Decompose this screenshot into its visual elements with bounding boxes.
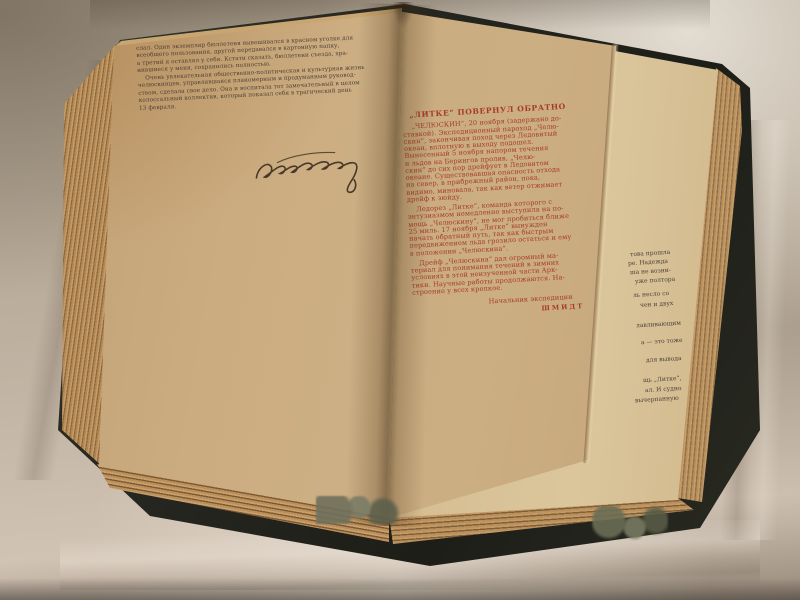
page-text-fragment: това прошла <box>630 249 671 258</box>
telegram-paragraph-3: Дрейф „Челюскина“ дал огромный ма-териал… <box>410 250 596 296</box>
handwritten-signature <box>245 131 381 210</box>
page-text-fragment: лавливающим <box>636 320 681 330</box>
telegram-paragraph-1: „ЧЕЛЮСКИН“, 20 ноября (задержано до-став… <box>403 114 591 204</box>
page-text-fragment: для вывода <box>646 355 682 364</box>
page-text-fragment: уже полтора <box>635 276 676 285</box>
spine-fray <box>316 496 402 524</box>
telegram-paragraph-2: Ледорез „Литке“, команда которого сэнтуз… <box>407 197 594 258</box>
gutter-top-shadow <box>392 2 414 28</box>
page-text-fragment: а — это тоже <box>641 337 683 347</box>
page-text-fragment: ль несло со <box>633 290 670 299</box>
left-page-paragraph: слал. Один экземпляр бюллетеня вывешивал… <box>136 35 369 113</box>
page-text-fragment: ша не возни- <box>630 267 671 276</box>
right-page-telegram: „ЛИТКЕ“ ПОВЕРНУЛ ОБРАТНО „ЧЕЛЮСКИН“, 20 … <box>402 102 597 320</box>
bottom-vignette <box>0 578 800 600</box>
book-photograph: това прошла ре. Надежда ша не возни- уже… <box>0 0 800 600</box>
signature-stroke <box>245 131 381 206</box>
page-text-fragment: чен и двух <box>640 300 674 309</box>
page-text-fragment: вычерпанную <box>635 395 679 405</box>
page-text-fragment: щь „Литке“, <box>643 375 682 384</box>
page-text-fragment: ал. И судно <box>645 385 682 394</box>
spine-fray <box>592 506 668 542</box>
page-text-fragment: ре. Надежда <box>628 258 668 267</box>
